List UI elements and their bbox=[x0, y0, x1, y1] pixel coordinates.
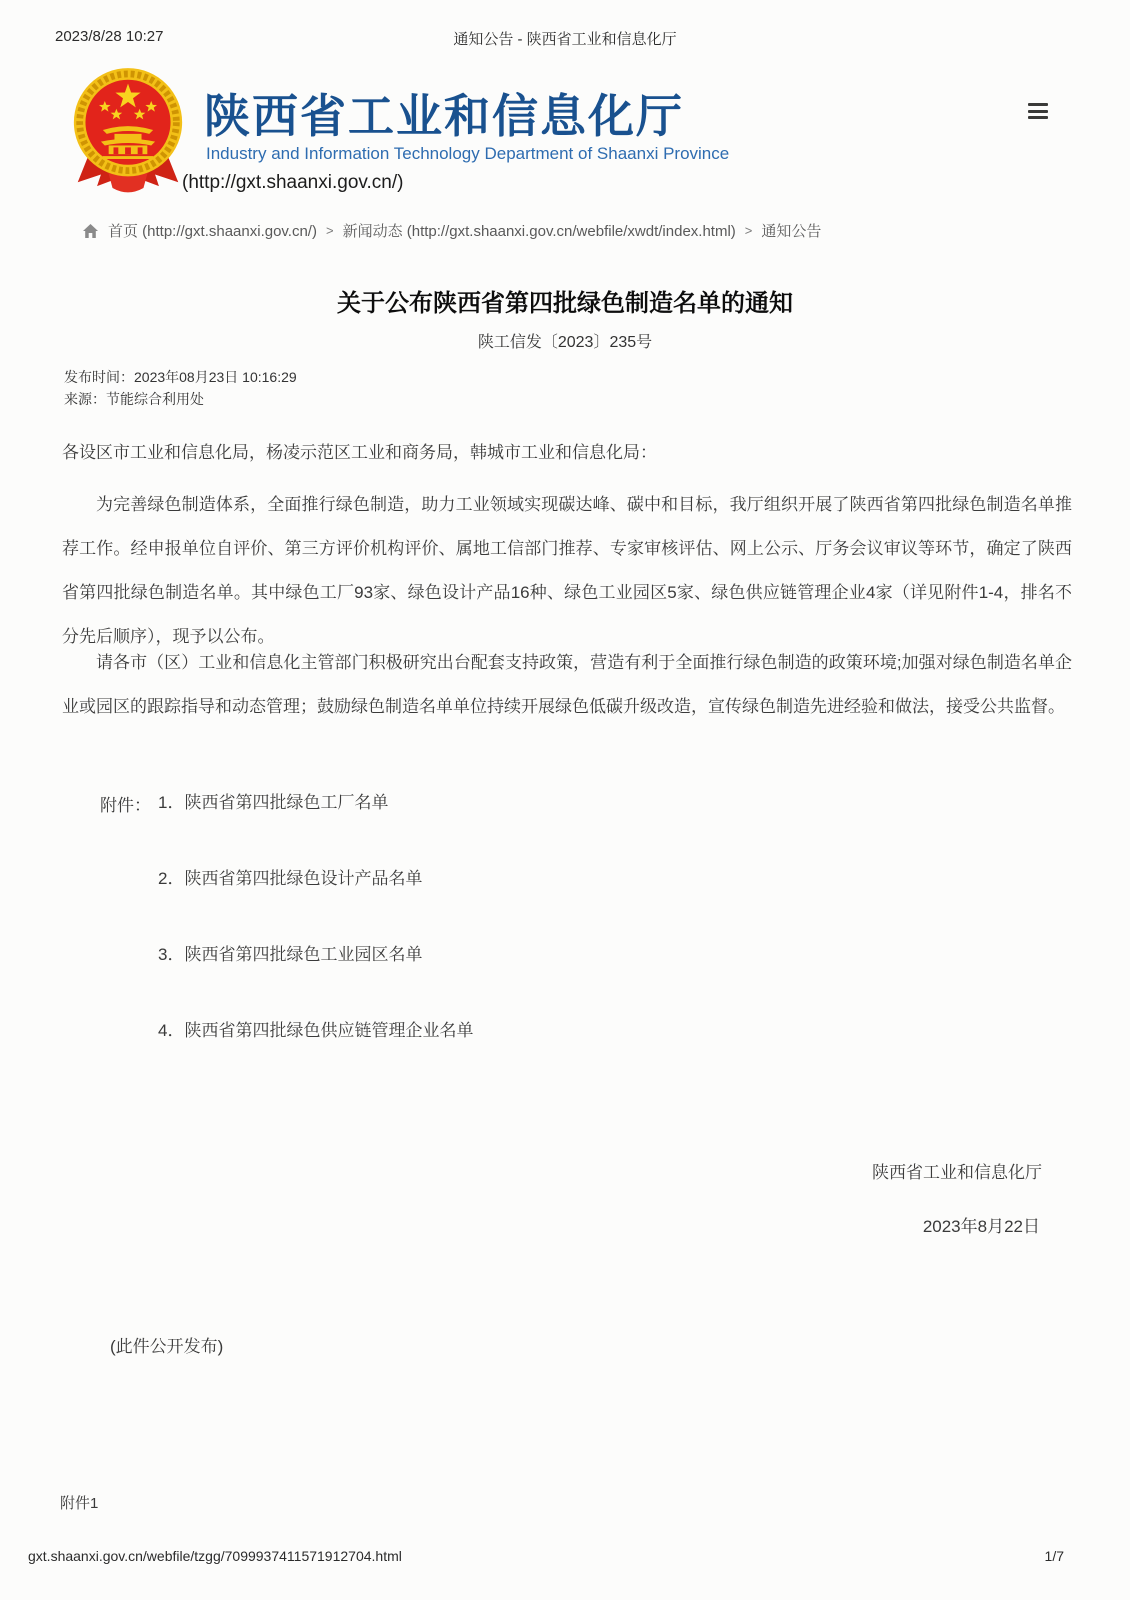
breadcrumb-item-news[interactable]: 新闻动态 (http://gxt.shaanxi.gov.cn/webfile/… bbox=[343, 220, 736, 241]
article-title: 关于公布陕西省第四批绿色制造名单的通知 bbox=[0, 283, 1130, 318]
attachment-item: 2．陕西省第四批绿色设计产品名单 bbox=[158, 867, 422, 891]
breadcrumb-separator: > bbox=[745, 223, 753, 238]
attachment-item: 1．陕西省第四批绿色工厂名单 bbox=[158, 791, 388, 815]
breadcrumb: 首页 (http://gxt.shaanxi.gov.cn/) > 新闻动态 (… bbox=[82, 220, 1070, 241]
article-meta: 发布时间：2023年08月23日 10:16:29 来源：节能综合利用处 bbox=[64, 366, 297, 410]
signature-org: 陕西省工业和信息化厅 bbox=[872, 1158, 1042, 1183]
body-paragraph: 请各市（区）工业和信息化主管部门积极研究出台配套支持政策，营造有利于全面推行绿色… bbox=[62, 641, 1072, 729]
public-release-note: (此件公开发布) bbox=[110, 1332, 223, 1357]
publish-time: 发布时间：2023年08月23日 10:16:29 bbox=[64, 366, 297, 388]
china-national-emblem-icon bbox=[70, 64, 186, 196]
printed-page: 2023/8/28 10:27 通知公告 - 陕西省工业和信息化厅 bbox=[0, 0, 1130, 1600]
site-url[interactable]: (http://gxt.shaanxi.gov.cn/) bbox=[182, 172, 403, 194]
print-footer-url: gxt.shaanxi.gov.cn/webfile/tzgg/70999374… bbox=[28, 1548, 402, 1564]
attachment-item: 3．陕西省第四批绿色工业园区名单 bbox=[158, 943, 422, 967]
home-icon[interactable] bbox=[82, 223, 99, 239]
attachments-list: 附件： 1．陕西省第四批绿色工厂名单 2．陕西省第四批绿色设计产品名单 3．陕西… bbox=[100, 791, 473, 1095]
breadcrumb-item-home[interactable]: 首页 (http://gxt.shaanxi.gov.cn/) bbox=[108, 220, 317, 241]
org-name-cn[interactable]: 陕西省工业和信息化厅 bbox=[204, 80, 824, 146]
appendix-heading: 附件1 bbox=[60, 1492, 98, 1513]
print-page-title: 通知公告 - 陕西省工业和信息化厅 bbox=[0, 28, 1130, 49]
body-paragraph: 为完善绿色制造体系，全面推行绿色制造，助力工业领域实现碳达峰、碳中和目标，我厅组… bbox=[62, 483, 1072, 659]
print-footer-page-indicator: 1/7 bbox=[1045, 1548, 1064, 1564]
salutation: 各设区市工业和信息化局，杨凌示范区工业和商务局，韩城市工业和信息化局： bbox=[62, 438, 1068, 463]
doc-number: 陕工信发〔2023〕235号 bbox=[0, 329, 1130, 352]
attachment-item: 4．陕西省第四批绿色供应链管理企业名单 bbox=[158, 1019, 473, 1043]
source: 来源：节能综合利用处 bbox=[64, 388, 297, 410]
hamburger-menu-icon[interactable] bbox=[1028, 103, 1048, 119]
breadcrumb-item-notices[interactable]: 通知公告 bbox=[761, 220, 821, 241]
signature-date: 2023年8月22日 bbox=[923, 1212, 1040, 1237]
attachments-label: 附件： bbox=[100, 791, 158, 843]
org-name-en: Industry and Information Technology Depa… bbox=[206, 144, 826, 164]
breadcrumb-separator: > bbox=[326, 223, 334, 238]
